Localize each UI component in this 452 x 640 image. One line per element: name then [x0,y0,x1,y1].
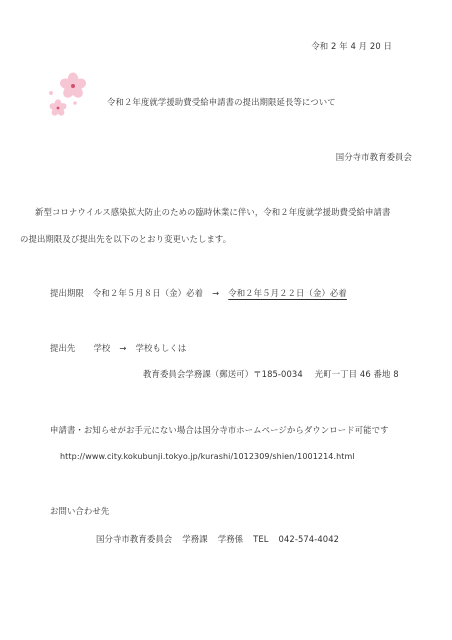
arrow-right-icon: → [212,288,219,298]
arrow-right-icon: → [119,343,126,353]
address-dept: 教育委員会学務課（郵送可）〒185-0034 [143,369,303,379]
body-paragraph-line-2: の提出期限及び提出先を以下のとおり変更いたします。 [20,233,231,245]
submit-to-old: 学校 [93,343,110,353]
document-title: 令和２年度就学援助費受給申請書の提出期限延長等について [107,96,336,108]
document-date: 令和 2 年 4 月 20 日 [311,40,392,52]
issuing-organization: 国分寺市教育委員会 [336,151,412,163]
deadline-old: 令和２年５月８日（金）必着 [93,288,203,298]
contact-unit: 学務係 [218,534,243,544]
date-text: 令和 2 年 4 月 20 日 [311,41,392,51]
contact-section: 学務課 [182,534,207,544]
contact-details: 国分寺市教育委員会学務課学務係TEL042-574-4042 [96,533,339,545]
download-note: 申請書・お知らせがお手元にない場合は国分寺市ホームページからダウンロード可能です [50,424,389,436]
submit-to-row: 提出先学校→学校もしくは [50,342,186,354]
document-page: 令和 2 年 4 月 20 日 令和２年 [0,0,452,640]
contact-tel-label: TEL [253,534,268,544]
organization-text: 国分寺市教育委員会 [336,152,412,162]
submit-to-label: 提出先 [50,343,75,353]
submit-to-new: 学校もしくは [136,343,187,353]
contact-org: 国分寺市教育委員会 [96,534,172,544]
deadline-new: 令和２年５月２２日（金）必着 [228,288,347,298]
submission-address: 教育委員会学務課（郵送可）〒185-0034光町一丁目 46 番地 8 [143,368,399,380]
contact-heading: お問い合わせ先 [50,505,109,517]
deadline-row: 提出期限令和２年５月８日（金）必着→令和２年５月２２日（金）必着 [50,287,347,299]
download-url-link[interactable]: http://www.city.kokubunji.tokyo.jp/kuras… [60,451,355,463]
address-location: 光町一丁目 46 番地 8 [315,369,399,379]
deadline-label: 提出期限 [50,288,84,298]
body-paragraph-line-1: 新型コロナウイルス感染拡大防止のための臨時休業に伴い，令和２年度就学援助費受給申… [35,206,390,218]
contact-tel: 042-574-4042 [279,534,340,544]
title-text: 令和２年度就学援助費受給申請書の提出期限延長等について [107,97,336,107]
cherry-blossom-icon [44,66,90,122]
